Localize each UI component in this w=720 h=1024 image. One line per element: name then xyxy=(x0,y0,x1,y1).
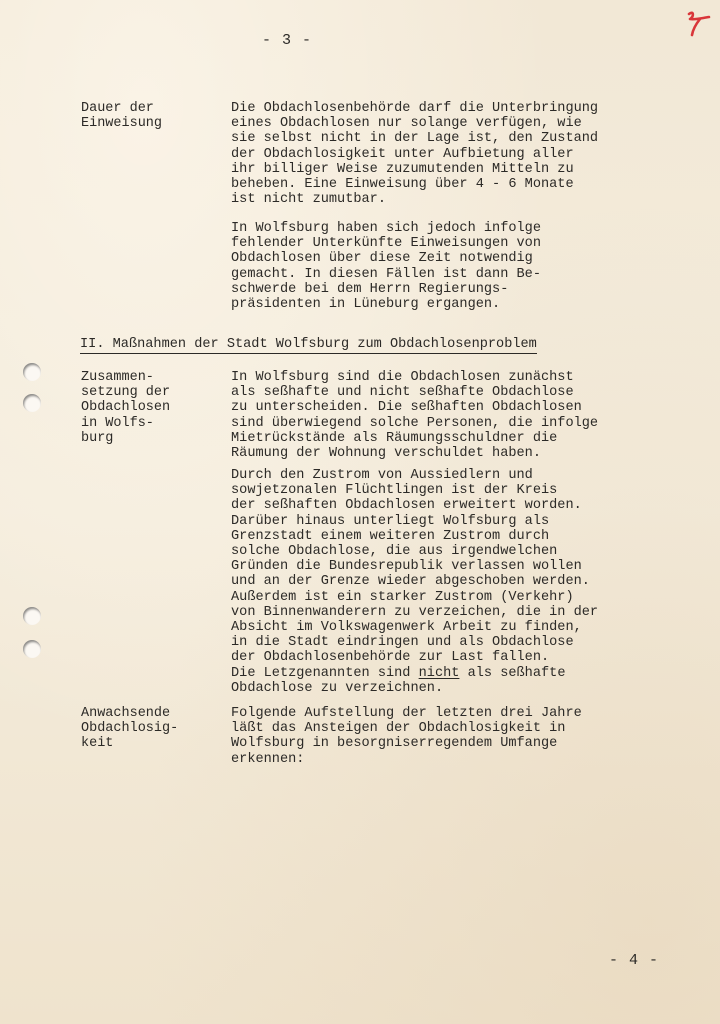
punch-hole xyxy=(23,607,41,625)
punch-hole xyxy=(23,394,41,412)
closing-text: Die Letzgenannten sind xyxy=(231,666,419,681)
paragraph: In Wolfsburg haben sich jedoch infolge f… xyxy=(231,221,641,312)
paragraph: Die Obdachlosenbehörde darf die Unterbri… xyxy=(231,101,641,207)
margin-label: Anwachsende Obdachlosig- keit xyxy=(81,706,221,752)
paragraph: Folgende Aufstellung der letzten drei Ja… xyxy=(231,706,641,767)
section-heading: II. Maßnahmen der Stadt Wolfsburg zum Ob… xyxy=(80,337,537,354)
paragraph: Durch den Zustrom von Aussiedlern und so… xyxy=(231,468,641,696)
red-handwritten-mark-icon xyxy=(680,8,712,40)
punch-hole xyxy=(23,640,41,658)
paragraph-text: Durch den Zustrom von Aussiedlern und so… xyxy=(231,468,598,665)
margin-label: Zusammen- setzung der Obdachlosen in Wol… xyxy=(81,370,221,446)
page-number-bottom: - 4 - xyxy=(609,952,659,969)
emphasis-text: nicht xyxy=(419,666,460,681)
margin-label: Dauer der Einweisung xyxy=(81,101,221,131)
paragraph: In Wolfsburg sind die Obdachlosen zunäch… xyxy=(231,370,641,461)
punch-hole xyxy=(23,363,41,381)
page-number-top: - 3 - xyxy=(262,32,312,49)
